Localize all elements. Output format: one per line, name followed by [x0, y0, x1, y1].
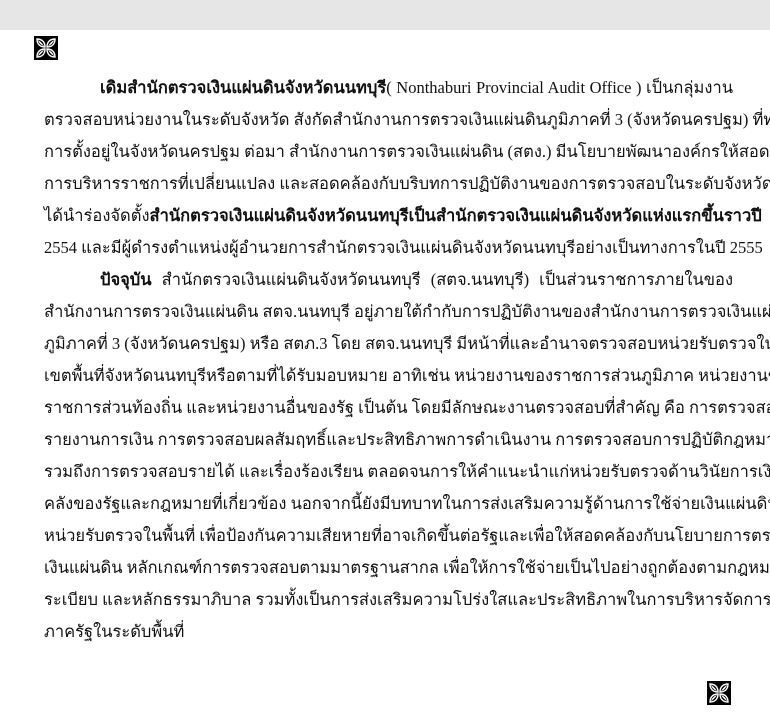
text-line: เดิมสำนักตรวจเงินแผ่นดินจังหวัดนนทบุรี( …: [44, 72, 733, 104]
bold-text: เดิมสำนักตรวจเงินแผ่นดินจังหวัดนนทบุรี: [100, 78, 386, 97]
flower-ornament-icon-svg: [707, 681, 731, 705]
body-text: หน่วยรับตรวจในพื้นที่ เพื่อป้องกันความเส…: [44, 526, 770, 545]
body-text: รวมถึงการตรวจสอบรายได้ และเรื่องร้องเรีย…: [44, 462, 770, 481]
body-text: รายงานการเงิน การตรวจสอบผลสัมฤทธิ์และประ…: [44, 430, 770, 449]
document-body: เดิมสำนักตรวจเงินแผ่นดินจังหวัดนนทบุรี( …: [44, 72, 733, 648]
bold-text: สำนักตรวจเงินแผ่นดินจังหวัดนนทบุรีเป็นสำ…: [150, 206, 762, 225]
paragraph: เดิมสำนักตรวจเงินแผ่นดินจังหวัดนนทบุรี( …: [44, 72, 733, 264]
body-text: ( Nonthaburi Provincial Audit Office ) เ…: [386, 78, 733, 97]
flower-ornament-icon: [707, 681, 731, 705]
text-line: การตั้งอยู่ในจังหวัดนครปฐม ต่อมา สำนักงา…: [44, 136, 733, 168]
paragraph: ปัจจุบัน สำนักตรวจเงินแผ่นดินจังหวัดนนทบ…: [44, 264, 733, 648]
body-text: สำนักตรวจเงินแผ่นดินจังหวัดนนทบุรี (สตจ.…: [152, 270, 733, 289]
text-line: การบริหารราชการที่เปลี่ยนแปลง และสอดคล้อ…: [44, 168, 733, 200]
text-line: รายงานการเงิน การตรวจสอบผลสัมฤทธิ์และประ…: [44, 424, 733, 456]
text-line: สำนักงานการตรวจเงินแผ่นดิน สตจ.นนทบุรี อ…: [44, 296, 733, 328]
flower-ornament-icon-svg: [34, 36, 58, 60]
body-text: ภูมิภาคที่ 3 (จังหวัดนครปฐม) หรือ สตภ.3 …: [44, 334, 770, 353]
text-line: ตรวจสอบหน่วยงานในระดับจังหวัด สังกัดสำนั…: [44, 104, 733, 136]
body-text: ภาครัฐในระดับพื้นที่: [44, 622, 184, 641]
text-line: เขตพื้นที่จังหวัดนนทบุรีหรือตามที่ได้รับ…: [44, 360, 733, 392]
body-text: การตั้งอยู่ในจังหวัดนครปฐม ต่อมา สำนักงา…: [44, 142, 770, 161]
flower-ornament-icon: [34, 36, 58, 60]
body-text: ราชการส่วนท้องถิ่น และหน่วยงานอื่นของรัฐ…: [44, 398, 770, 417]
text-line: 2554 และมีผู้ดำรงตำแหน่งผู้อำนวยการสำนัก…: [44, 232, 733, 264]
text-line: ราชการส่วนท้องถิ่น และหน่วยงานอื่นของรัฐ…: [44, 392, 733, 424]
body-text: ระเบียบ และหลักธรรมาภิบาล รวมทั้งเป็นการ…: [44, 590, 770, 609]
text-line: หน่วยรับตรวจในพื้นที่ เพื่อป้องกันความเส…: [44, 520, 733, 552]
text-line: ภาครัฐในระดับพื้นที่: [44, 616, 733, 648]
body-text: คลังของรัฐและกฎหมายที่เกี่ยวข้อง นอกจากน…: [44, 494, 770, 513]
body-text: สำนักงานการตรวจเงินแผ่นดิน สตจ.นนทบุรี อ…: [44, 302, 770, 321]
body-text: ได้นำร่องจัดตั้ง: [44, 206, 150, 225]
text-line: คลังของรัฐและกฎหมายที่เกี่ยวข้อง นอกจากน…: [44, 488, 733, 520]
body-text: การบริหารราชการที่เปลี่ยนแปลง และสอดคล้อ…: [44, 174, 770, 193]
text-line: เงินแผ่นดิน หลักเกณฑ์การตรวจสอบตามมาตรฐา…: [44, 552, 733, 584]
text-line: ได้นำร่องจัดตั้งสำนักตรวจเงินแผ่นดินจังห…: [44, 200, 733, 232]
body-text: เงินแผ่นดิน หลักเกณฑ์การตรวจสอบตามมาตรฐา…: [44, 558, 770, 577]
text-line: ภูมิภาคที่ 3 (จังหวัดนครปฐม) หรือ สตภ.3 …: [44, 328, 733, 360]
text-line: ปัจจุบัน สำนักตรวจเงินแผ่นดินจังหวัดนนทบ…: [44, 264, 733, 296]
bold-text: ปัจจุบัน: [100, 270, 152, 289]
text-line: รวมถึงการตรวจสอบรายได้ และเรื่องร้องเรีย…: [44, 456, 733, 488]
body-text: 2554 และมีผู้ดำรงตำแหน่งผู้อำนวยการสำนัก…: [44, 238, 763, 257]
top-bar: [0, 0, 770, 30]
text-line: ระเบียบ และหลักธรรมาภิบาล รวมทั้งเป็นการ…: [44, 584, 733, 616]
body-text: เขตพื้นที่จังหวัดนนทบุรีหรือตามที่ได้รับ…: [44, 366, 770, 385]
body-text: ตรวจสอบหน่วยงานในระดับจังหวัด สังกัดสำนั…: [44, 110, 770, 129]
